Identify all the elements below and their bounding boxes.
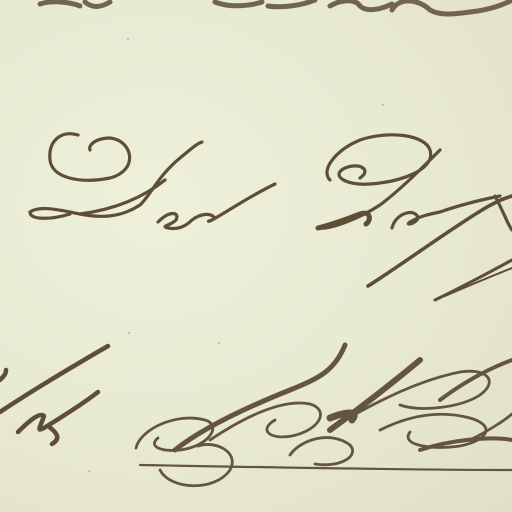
paper-speck [382, 104, 384, 106]
word-papst [318, 135, 512, 300]
paper-speck [128, 332, 130, 334]
top-line-script [40, 0, 512, 14]
word-fragment-lt [0, 346, 108, 444]
handwriting-ink [0, 0, 512, 512]
signature-flourish [136, 345, 512, 486]
manuscript-page: …n Sanda… Der Papst …lt [illegible flour… [0, 0, 512, 512]
word-der [30, 134, 275, 229]
paper-speck [218, 342, 220, 344]
paper-speck [88, 470, 90, 472]
paper-speck [127, 38, 129, 40]
